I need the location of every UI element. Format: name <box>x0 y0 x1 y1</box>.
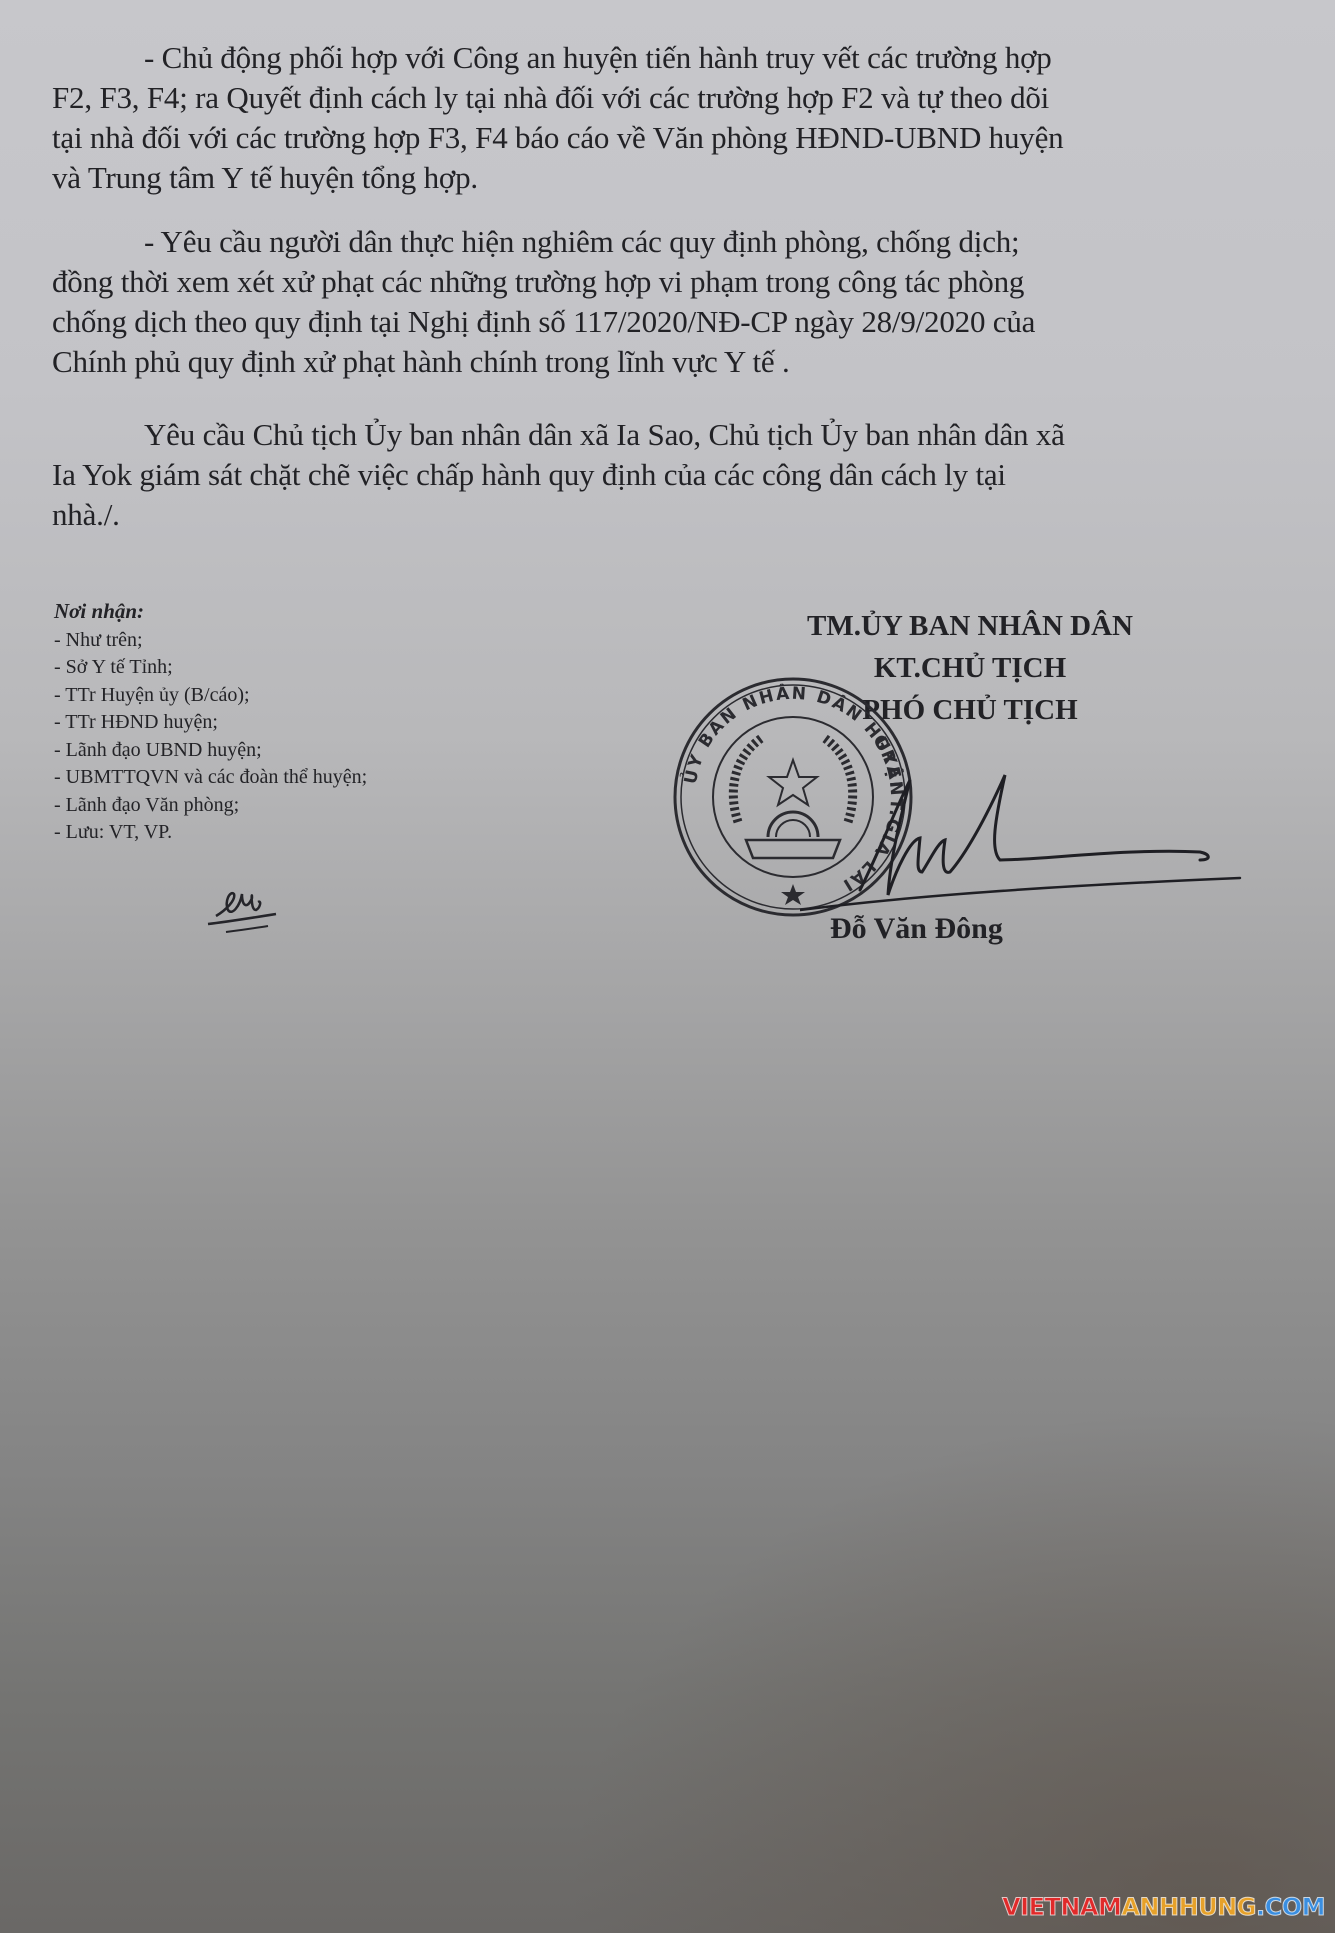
signature-org: TM.ỦY BAN NHÂN DÂN <box>700 605 1240 647</box>
paragraph-supervision: Yêu cầu Chủ tịch Ủy ban nhân dân xã Ia S… <box>52 415 1277 535</box>
recipient-item: - Sở Y tế Tỉnh; <box>54 654 367 682</box>
recipient-item: - Lưu: VT, VP. <box>54 819 367 847</box>
recipient-item: - UBMTTQVN và các đoàn thể huyện; <box>54 764 367 792</box>
watermark: VIETNAMANHHUNG.COM <box>1002 1893 1325 1921</box>
recipients-list: Nơi nhận: - Như trên; - Sở Y tế Tỉnh; - … <box>54 598 367 847</box>
paragraph-line: - Chủ động phối hợp với Công an huyện ti… <box>52 38 1277 78</box>
recipient-item: - TTr Huyện ủy (B/cáo); <box>54 682 367 710</box>
recipient-item: - Như trên; <box>54 627 367 655</box>
paragraph-line: - Yêu cầu người dân thực hiện nghiêm các… <box>52 222 1277 262</box>
paragraph-enforcement: - Yêu cầu người dân thực hiện nghiêm các… <box>52 222 1277 382</box>
handwritten-signature-icon <box>800 760 1280 930</box>
recipient-item: - Lãnh đạo UBND huyện; <box>54 737 367 765</box>
watermark-part-3: .COM <box>1256 1893 1325 1921</box>
signer-name: Đỗ Văn Đông <box>830 912 1003 946</box>
recipient-item: - TTr HĐND huyện; <box>54 709 367 737</box>
watermark-part-2: ANHHUNG <box>1121 1893 1256 1921</box>
paragraph-line: và Trung tâm Y tế huyện tổng hợp. <box>52 158 1277 198</box>
paragraph-line: Ia Yok giám sát chặt chẽ việc chấp hành … <box>52 455 1277 495</box>
recipient-item: - Lãnh đạo Văn phòng; <box>54 792 367 820</box>
paragraph-line: Chính phủ quy định xử phạt hành chính tr… <box>52 342 1277 382</box>
paragraph-line: tại nhà đối với các trường hợp F3, F4 bá… <box>52 118 1277 158</box>
paragraph-contact-tracing: - Chủ động phối hợp với Công an huyện ti… <box>52 38 1277 198</box>
watermark-part-1: VIETNAM <box>1002 1893 1121 1921</box>
paragraph-line: Yêu cầu Chủ tịch Ủy ban nhân dân xã Ia S… <box>52 415 1277 455</box>
paragraph-line: chống dịch theo quy định tại Nghị định s… <box>52 302 1277 342</box>
paragraph-line: F2, F3, F4; ra Quyết định cách ly tại nh… <box>52 78 1277 118</box>
paragraph-line: đồng thời xem xét xử phạt các những trườ… <box>52 262 1277 302</box>
initials-mark-icon <box>196 880 296 940</box>
paragraph-line: nhà./. <box>52 495 1277 535</box>
document-page: - Chủ động phối hợp với Công an huyện ti… <box>0 0 1335 1933</box>
recipients-title: Nơi nhận: <box>54 598 367 626</box>
